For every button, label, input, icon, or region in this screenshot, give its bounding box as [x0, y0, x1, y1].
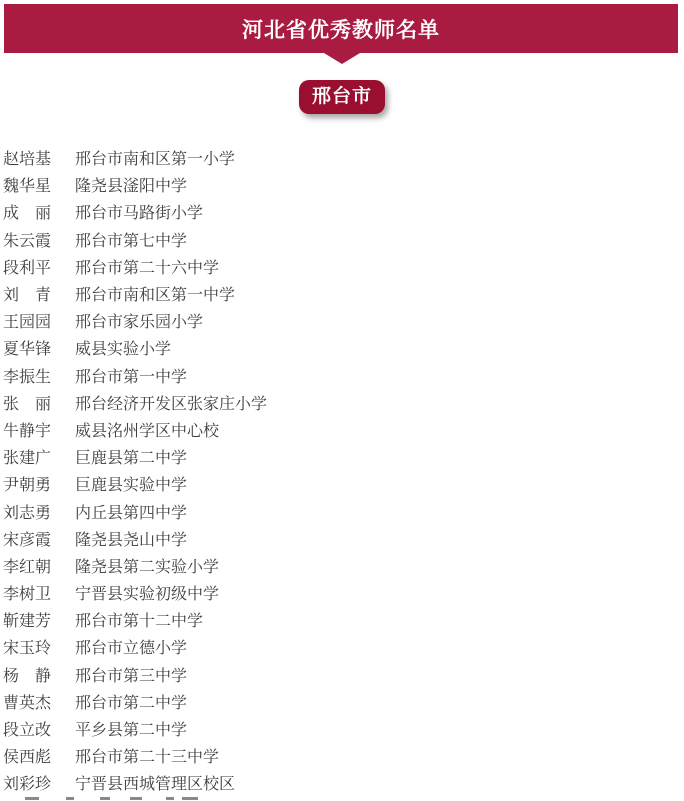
city-badge-label: 邢台市 — [312, 86, 372, 107]
teacher-name: 赵培基 — [3, 146, 75, 169]
clipped-glyph-top — [100, 797, 110, 800]
teacher-name: 李振生 — [3, 364, 75, 387]
teacher-name: 张 丽 — [3, 391, 75, 414]
clipped-glyph-top — [66, 797, 74, 800]
teacher-school: 平乡县第二中学 — [75, 717, 187, 740]
list-item: 李振生邢台市第一中学 — [3, 362, 684, 389]
teacher-name: 尹朝勇 — [3, 472, 75, 495]
list-item: 刘彩珍宁晋县西城管理区校区 — [3, 769, 684, 796]
teacher-name: 侯西彪 — [3, 744, 75, 767]
list-item: 段立改平乡县第二中学 — [3, 715, 684, 742]
teacher-school: 邢台市立德小学 — [75, 635, 187, 658]
clipped-glyph-top — [166, 797, 174, 800]
teacher-school: 邢台市马路街小学 — [75, 200, 203, 223]
list-item: 宋玉玲邢台市立德小学 — [3, 633, 684, 660]
clipped-next-row — [0, 797, 684, 801]
list-item: 张建广巨鹿县第二中学 — [3, 443, 684, 470]
teacher-school: 邢台市家乐园小学 — [75, 309, 203, 332]
teacher-school: 邢台市第三中学 — [75, 663, 187, 686]
teacher-name: 刘彩珍 — [3, 771, 75, 794]
list-item: 刘志勇内丘县第四中学 — [3, 497, 684, 524]
teacher-name: 成 丽 — [3, 200, 75, 223]
teacher-name: 刘 青 — [3, 282, 75, 305]
teacher-name: 魏华星 — [3, 173, 75, 196]
clipped-glyph-top — [25, 797, 39, 800]
list-item: 朱云霞邢台市第七中学 — [3, 226, 684, 253]
teacher-school: 邢台市第七中学 — [75, 228, 187, 251]
teacher-school: 邢台市第二十三中学 — [75, 744, 219, 767]
teacher-name: 李红朝 — [3, 554, 75, 577]
page-title: 河北省优秀教师名单 — [242, 14, 440, 44]
teacher-school: 内丘县第四中学 — [75, 500, 187, 523]
page: { "header": { "title": "河北省优秀教师名单", "bg_… — [0, 0, 684, 801]
teacher-name: 杨 静 — [3, 663, 75, 686]
teacher-name: 宋玉玲 — [3, 635, 75, 658]
city-badge-container: 邢台市 — [0, 80, 684, 114]
teacher-school: 邢台经济开发区张家庄小学 — [75, 391, 267, 414]
list-item: 李树卫宁晋县实验初级中学 — [3, 579, 684, 606]
list-item: 段利平邢台市第二十六中学 — [3, 253, 684, 280]
list-item: 尹朝勇巨鹿县实验中学 — [3, 470, 684, 497]
list-item: 王园园邢台市家乐园小学 — [3, 307, 684, 334]
list-item: 夏华锋威县实验小学 — [3, 334, 684, 361]
list-item: 靳建芳邢台市第十二中学 — [3, 606, 684, 633]
list-item: 赵培基邢台市南和区第一小学 — [3, 144, 684, 171]
teacher-school: 隆尧县滏阳中学 — [75, 173, 187, 196]
teacher-name: 牛静宇 — [3, 418, 75, 441]
city-badge: 邢台市 — [299, 80, 385, 114]
list-item: 宋彦霞隆尧县尧山中学 — [3, 525, 684, 552]
teacher-school: 威县实验小学 — [75, 336, 171, 359]
teacher-school: 邢台市第二中学 — [75, 690, 187, 713]
teacher-school: 隆尧县第二实验小学 — [75, 554, 219, 577]
teacher-name: 段利平 — [3, 255, 75, 278]
teacher-name: 靳建芳 — [3, 608, 75, 631]
teacher-school: 隆尧县尧山中学 — [75, 527, 187, 550]
list-item: 杨 静邢台市第三中学 — [3, 661, 684, 688]
teacher-name: 宋彦霞 — [3, 527, 75, 550]
header-banner: 河北省优秀教师名单 — [4, 4, 678, 53]
teacher-name: 朱云霞 — [3, 228, 75, 251]
teacher-school: 邢台市第十二中学 — [75, 608, 203, 631]
teacher-school: 邢台市第一中学 — [75, 364, 187, 387]
teacher-name: 李树卫 — [3, 581, 75, 604]
teacher-school: 邢台市第二十六中学 — [75, 255, 219, 278]
clipped-glyph-top — [130, 797, 142, 800]
teacher-name: 段立改 — [3, 717, 75, 740]
teacher-name: 张建广 — [3, 445, 75, 468]
teacher-name: 夏华锋 — [3, 336, 75, 359]
teacher-name: 曹英杰 — [3, 690, 75, 713]
teacher-name: 王园园 — [3, 309, 75, 332]
list-item: 刘 青邢台市南和区第一中学 — [3, 280, 684, 307]
list-item: 曹英杰邢台市第二中学 — [3, 688, 684, 715]
teacher-name: 刘志勇 — [3, 500, 75, 523]
pointer-down-triangle — [324, 53, 360, 64]
clipped-glyph-top — [182, 797, 198, 800]
teacher-list: 赵培基邢台市南和区第一小学魏华星隆尧县滏阳中学成 丽邢台市马路街小学朱云霞邢台市… — [3, 144, 684, 797]
teacher-school: 宁晋县实验初级中学 — [75, 581, 219, 604]
list-item: 张 丽邢台经济开发区张家庄小学 — [3, 389, 684, 416]
list-item: 李红朝隆尧县第二实验小学 — [3, 552, 684, 579]
list-item: 侯西彪邢台市第二十三中学 — [3, 742, 684, 769]
teacher-school: 威县洺州学区中心校 — [75, 418, 219, 441]
teacher-school: 巨鹿县第二中学 — [75, 445, 187, 468]
teacher-school: 巨鹿县实验中学 — [75, 472, 187, 495]
list-item: 魏华星隆尧县滏阳中学 — [3, 171, 684, 198]
list-item: 成 丽邢台市马路街小学 — [3, 198, 684, 225]
list-item: 牛静宇威县洺州学区中心校 — [3, 416, 684, 443]
teacher-school: 宁晋县西城管理区校区 — [75, 771, 235, 794]
teacher-school: 邢台市南和区第一中学 — [75, 282, 235, 305]
teacher-school: 邢台市南和区第一小学 — [75, 146, 235, 169]
